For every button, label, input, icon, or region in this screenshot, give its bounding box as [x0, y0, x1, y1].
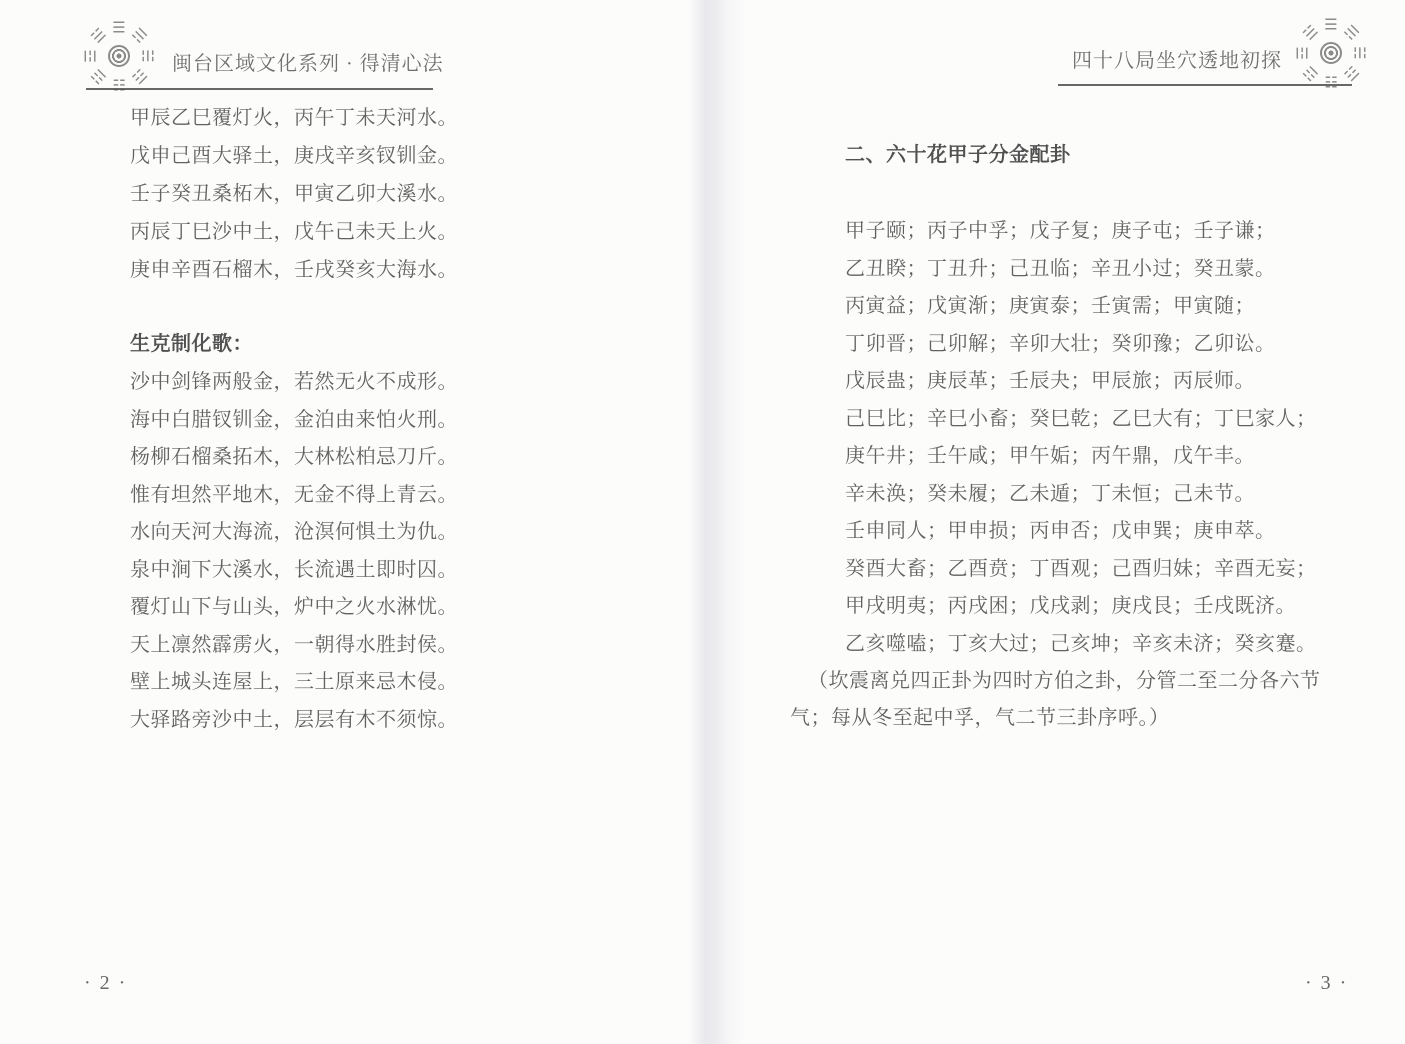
poem-line: 沙中剑锋两般金，若然无火不成形。 — [130, 364, 458, 402]
hexagram-line: 甲子颐；丙子中孚；戊子复；庚子屯；壬子谦； — [845, 213, 1276, 251]
poem-line: 大驿路旁沙中土，层层有木不须惊。 — [130, 702, 458, 740]
hexagram-line: 己巳比；辛巳小畜；癸巳乾；乙巳大有；丁巳家人； — [845, 401, 1317, 439]
trigram-icon: ☴ — [129, 26, 149, 46]
trigram-icon: ☱ — [89, 26, 109, 46]
hexagram-line: 戊辰蛊；庚辰革；壬辰夬；甲辰旅；丙辰师。 — [845, 363, 1255, 401]
note-line: （坎震离兑四正卦为四时方伯之卦，分管二至二分各六节 — [808, 663, 1321, 701]
poem-line: 壁上城头连屋上，三土原来忌木侵。 — [130, 664, 458, 702]
poem-line: 覆灯山下与山头，炉中之火水淋忧。 — [130, 589, 458, 627]
poem-line: 杨柳石榴桑拓木，大林松柏忌刀斤。 — [130, 439, 458, 477]
hexagram-line: 丙寅益；戊寅渐；庚寅泰；壬寅需；甲寅随； — [845, 288, 1255, 326]
nayin-stanza-line: 庚申辛酉石榴木，壬戌癸亥大海水。 — [130, 252, 458, 290]
poem-title: 生克制化歌： — [130, 326, 253, 364]
nayin-stanza-line: 戊申己酉大驿土，庚戌辛亥钗钏金。 — [130, 138, 458, 176]
nayin-stanza-line: 丙辰丁巳沙中土，戊午己未天上火。 — [130, 214, 458, 252]
bagua-logo: ☰ ☴ ☵ ☶ ☷ ☳ ☲ ☱ — [1296, 18, 1366, 88]
poem-line: 惟有坦然平地木，无金不得上青云。 — [130, 477, 458, 515]
trigram-icon: ☵ — [1352, 46, 1367, 59]
trigram-icon: ☲ — [84, 49, 99, 62]
poem-line: 海中白腊钗钏金，金泊由来怕火刑。 — [130, 402, 458, 440]
book-scan-spread: ☰ ☴ ☵ ☶ ☷ ☳ ☲ ☱ 闽台区域文化系列 · 得清心法 甲辰乙巳覆灯火，… — [0, 0, 1405, 1044]
page-number: · 3 · — [1305, 972, 1348, 995]
trigram-icon: ☶ — [1341, 63, 1361, 83]
section-title: 二、六十花甲子分金配卦 — [845, 137, 1071, 175]
hexagram-line: 丁卯晋；己卯解；辛卯大壮；癸卯豫；乙卯讼。 — [845, 326, 1276, 364]
bagua-logo: ☰ ☴ ☵ ☶ ☷ ☳ ☲ ☱ — [84, 21, 154, 91]
trigram-icon: ☷ — [1324, 74, 1337, 89]
trigram-icon: ☳ — [89, 66, 109, 86]
trigram-icon: ☴ — [1341, 23, 1361, 43]
trigram-icon: ☰ — [1324, 18, 1337, 33]
hexagram-line: 乙丑睽；丁丑升；己丑临；辛丑小过；癸丑蒙。 — [845, 251, 1276, 289]
trigram-icon: ☲ — [1296, 46, 1311, 59]
hexagram-line: 壬申同人；甲申损；丙申否；戊申巽；庚申萃。 — [845, 513, 1276, 551]
poem-line: 水向天河大海流，沧溟何惧土为仇。 — [130, 514, 458, 552]
poem-line: 泉中涧下大溪水，长流遇土即时囚。 — [130, 552, 458, 590]
nayin-stanza-line: 甲辰乙巳覆灯火，丙午丁未天河水。 — [130, 100, 458, 138]
page-gutter-fold — [688, 0, 746, 1044]
note-line: 气；每从冬至起中孚，气二节三卦序呼。） — [790, 700, 1170, 738]
series-header-title: 闽台区域文化系列 · 得清心法 — [172, 47, 444, 76]
trigram-icon: ☳ — [1301, 63, 1321, 83]
spiral-center-icon — [1320, 42, 1342, 64]
header-rule — [86, 88, 433, 90]
trigram-icon: ☰ — [112, 21, 125, 36]
trigram-icon: ☱ — [1301, 23, 1321, 43]
poem-line: 天上凛然霹雳火，一朝得水胜封侯。 — [130, 627, 458, 665]
page-number: · 2 · — [84, 972, 127, 995]
hexagram-line: 辛未涣；癸未履；乙未遁；丁未恒；己未节。 — [845, 476, 1255, 514]
hexagram-line: 庚午井；壬午咸；甲午姤；丙午鼎，戊午丰。 — [845, 438, 1255, 476]
trigram-icon: ☶ — [129, 66, 149, 86]
nayin-stanza-line: 壬子癸丑桑柘木，甲寅乙卯大溪水。 — [130, 176, 458, 214]
hexagram-line: 甲戌明夷；丙戌困；戊戌剥；庚戌艮；壬戌既济。 — [845, 588, 1296, 626]
book-header-title: 四十八局坐穴透地初探 — [1072, 44, 1282, 73]
trigram-icon: ☵ — [140, 49, 155, 62]
hexagram-line: 癸酉大畜；乙酉贲；丁酉观；己酉归妹；辛酉无妄； — [845, 551, 1317, 589]
spiral-center-icon — [108, 45, 130, 67]
hexagram-line: 乙亥噬嗑；丁亥大过；己亥坤；辛亥未济；癸亥蹇。 — [845, 626, 1317, 664]
